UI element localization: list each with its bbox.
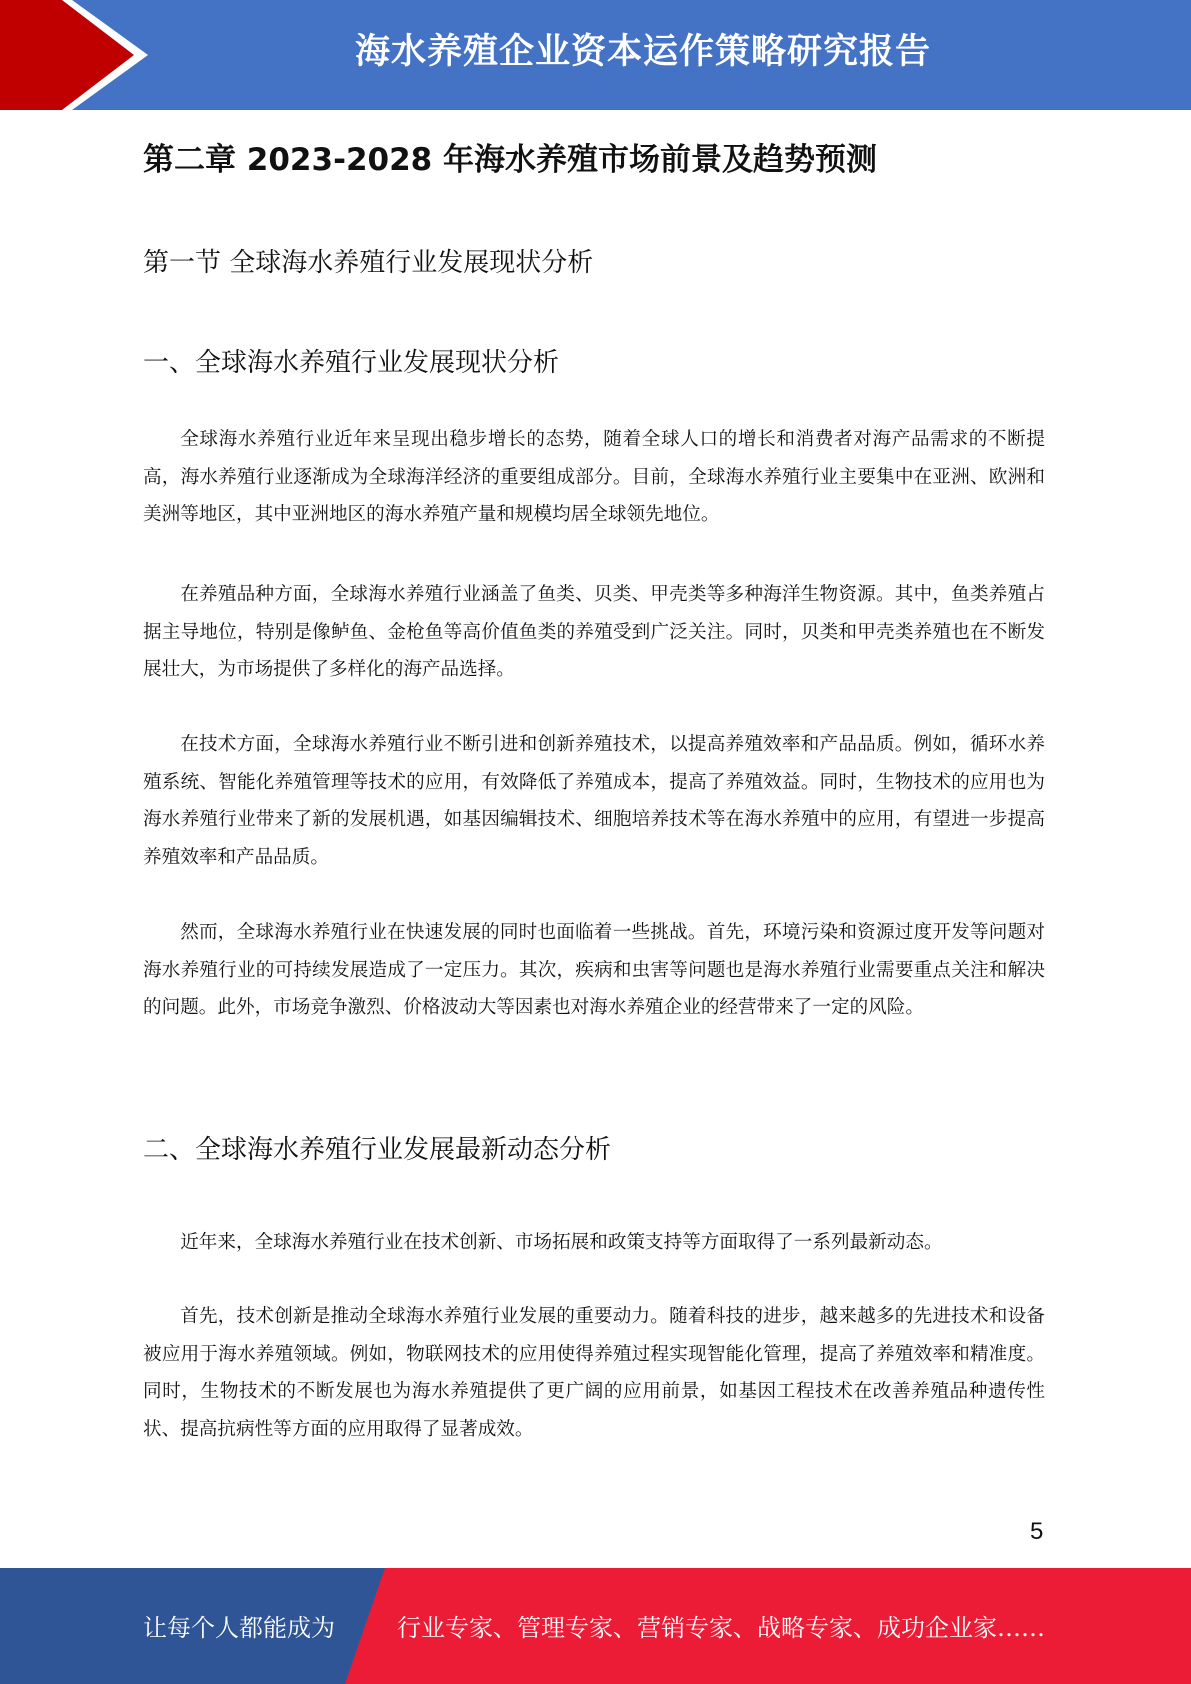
paragraph: 在养殖品种方面，全球海水养殖行业涵盖了鱼类、贝类、甲壳类等多种海洋生物资源。其中…	[143, 576, 1045, 689]
chapter-title: 第二章 2023-2028 年海水养殖市场前景及趋势预测	[143, 140, 877, 180]
section-title: 第一节 全球海水养殖行业发展现状分析	[143, 245, 593, 281]
paragraph: 全球海水养殖行业近年来呈现出稳步增长的态势，随着全球人口的增长和消费者对海产品需…	[143, 421, 1045, 534]
paragraph: 在技术方面，全球海水养殖行业不断引进和创新养殖技术，以提高养殖效率和产品品质。例…	[143, 726, 1045, 876]
subsection-title-2: 二、全球海水养殖行业发展最新动态分析	[143, 1132, 611, 1168]
header-banner: 海水养殖企业资本运作策略研究报告	[0, 0, 1191, 110]
paragraph: 首先，技术创新是推动全球海水养殖行业发展的重要动力。随着科技的进步，越来越多的先…	[143, 1298, 1045, 1448]
report-title: 海水养殖企业资本运作策略研究报告	[0, 26, 1191, 78]
paragraph: 然而，全球海水养殖行业在快速发展的同时也面临着一些挑战。首先，环境污染和资源过度…	[143, 914, 1045, 1027]
footer-slogan-right: 行业专家、管理专家、营销专家、战略专家、成功企业家……	[397, 1608, 1045, 1643]
page-number: 5	[1030, 1518, 1043, 1546]
subsection-title-1: 一、全球海水养殖行业发展现状分析	[143, 345, 559, 381]
paragraph: 近年来，全球海水养殖行业在技术创新、市场拓展和政策支持等方面取得了一系列最新动态…	[143, 1224, 1045, 1262]
footer-banner: 让每个人都能成为 行业专家、管理专家、营销专家、战略专家、成功企业家……	[0, 1568, 1191, 1684]
footer-slogan-left: 让每个人都能成为	[143, 1608, 335, 1643]
